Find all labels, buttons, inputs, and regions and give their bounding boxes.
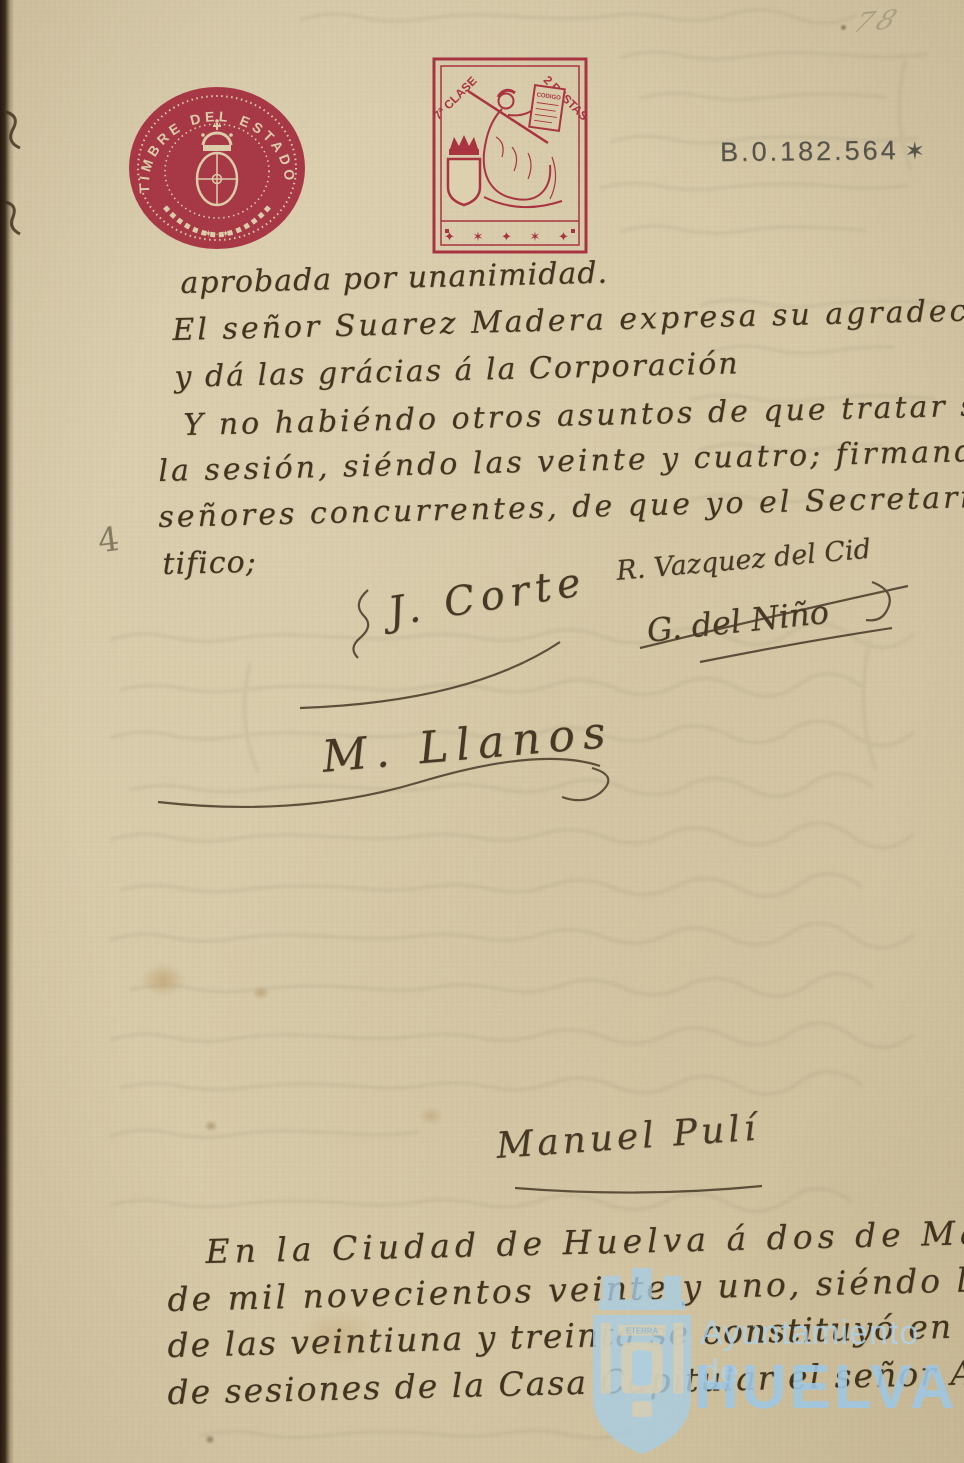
manuscript-page: TIMBRE DEL ESTADO ✶ · ✶ 7 [0,0,964,1463]
watermark-shield-text: ETERRA [626,1327,659,1336]
watermark-huelva-text: HUELVA [694,1352,958,1423]
huelva-coat-of-arms-watermark: ETERRA [572,1262,712,1463]
signature-flourishes [0,0,964,1463]
